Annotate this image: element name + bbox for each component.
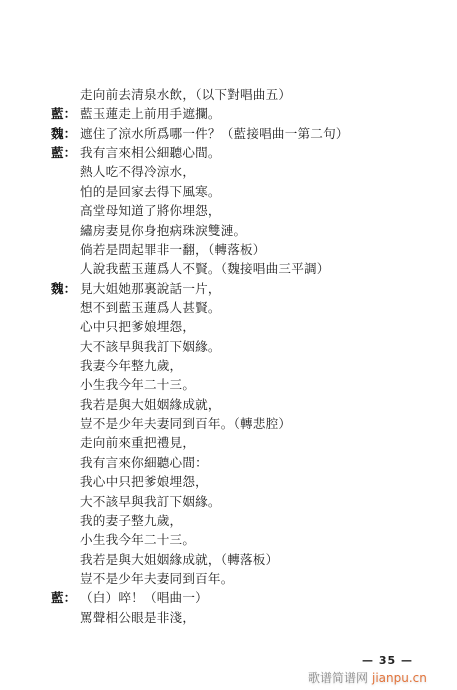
- speaker-label: [51, 375, 80, 394]
- line-text: 豈不是少年夫妻同到百年。（轉悲腔）: [80, 414, 291, 433]
- line-text: 心中只把爹娘埋怨，: [80, 317, 195, 336]
- script-line: 走向前來重把禮見，: [51, 433, 431, 452]
- script-line: 怕的是回家去得下風寒。: [51, 182, 431, 201]
- speaker-label: [51, 85, 80, 104]
- speaker-label: [51, 453, 80, 472]
- script-line: 罵聲相公眼是非淺，: [51, 608, 431, 627]
- line-text: 遮住了涼水所爲哪一件？（藍接唱曲一第二句）: [80, 124, 349, 143]
- line-text: 藍玉蓮走上前用手遮攔。: [80, 104, 221, 123]
- line-text: 走向前來重把禮見，: [80, 433, 195, 452]
- page-number: — 35 —: [362, 654, 413, 667]
- line-text: 熱人吃不得冷涼水，: [80, 162, 195, 181]
- speaker-label: [51, 569, 80, 588]
- speaker-label: 藍：: [51, 588, 80, 607]
- script-line: 我若是與大姐姻緣成就，（轉落板）: [51, 550, 431, 569]
- script-line: 魏：遮住了涼水所爲哪一件？（藍接唱曲一第二句）: [51, 124, 431, 143]
- speaker-label: [51, 259, 80, 278]
- line-text: 走向前去清泉水飲，（以下對唱曲五）: [80, 85, 291, 104]
- speaker-label: [51, 472, 80, 491]
- line-text: 怕的是回家去得下風寒。: [80, 182, 221, 201]
- line-text: 我妻今年整九歲，: [80, 356, 182, 375]
- script-line: 人說我藍玉蓮爲人不賢。（魏接唱曲三平調）: [51, 259, 431, 278]
- script-line: 我妻今年整九歲，: [51, 356, 431, 375]
- line-text: 倘若是問起罪非一翻，（轉落板）: [80, 240, 266, 259]
- script-line: 想不到藍玉蓮爲人甚賢。: [51, 298, 431, 317]
- script-line: 我若是與大姐姻緣成就，: [51, 395, 431, 414]
- watermark: 歌谱简谱网jianpu.cn: [308, 669, 427, 686]
- speaker-label: [51, 492, 80, 511]
- line-text: 繡房妻見你身抱病珠淚雙漣。: [80, 221, 246, 240]
- line-text: 高堂母知道了將你埋怨，: [80, 201, 221, 220]
- speaker-label: [51, 182, 80, 201]
- speaker-label: [51, 201, 80, 220]
- script-line: 我的妻子整九歲，: [51, 511, 431, 530]
- speaker-label: 魏：: [51, 279, 80, 298]
- script-text: 走向前去清泉水飲，（以下對唱曲五） 藍：藍玉蓮走上前用手遮攔。 魏：遮住了涼水所…: [51, 85, 431, 627]
- speaker-label: [51, 162, 80, 181]
- line-text: （白）啐！（唱曲一）: [80, 588, 208, 607]
- watermark-url: jianpu.cn: [372, 671, 427, 685]
- watermark-site-name: 歌谱简谱网: [308, 671, 368, 685]
- speaker-label: [51, 530, 80, 549]
- line-text: 我的妻子整九歲，: [80, 511, 182, 530]
- line-text: 我若是與大姐姻緣成就，: [80, 395, 221, 414]
- script-line: 魏：見大姐她那裏說話一片，: [51, 279, 431, 298]
- line-text: 想不到藍玉蓮爲人甚賢。: [80, 298, 221, 317]
- script-line: 藍：藍玉蓮走上前用手遮攔。: [51, 104, 431, 123]
- script-line: 高堂母知道了將你埋怨，: [51, 201, 431, 220]
- speaker-label: [51, 240, 80, 259]
- script-line: 繡房妻見你身抱病珠淚雙漣。: [51, 221, 431, 240]
- line-text: 小生我今年二十三。: [80, 530, 195, 549]
- speaker-label: [51, 356, 80, 375]
- script-line: 藍：我有言來相公細聽心間。: [51, 143, 431, 162]
- speaker-label: 藍：: [51, 104, 80, 123]
- speaker-label: 藍：: [51, 143, 80, 162]
- script-line: 心中只把爹娘埋怨，: [51, 317, 431, 336]
- line-text: 豈不是少年夫妻同到百年。: [80, 569, 234, 588]
- speaker-label: 魏：: [51, 124, 80, 143]
- line-text: 我有言來相公細聽心間。: [80, 143, 221, 162]
- speaker-label: [51, 414, 80, 433]
- speaker-label: [51, 395, 80, 414]
- script-line: 小生我今年二十三。: [51, 530, 431, 549]
- speaker-label: [51, 608, 80, 627]
- script-line: 熱人吃不得冷涼水，: [51, 162, 431, 181]
- line-text: 我若是與大姐姻緣成就，（轉落板）: [80, 550, 278, 569]
- speaker-label: [51, 433, 80, 452]
- speaker-label: [51, 550, 80, 569]
- script-line: 倘若是問起罪非一翻，（轉落板）: [51, 240, 431, 259]
- script-line: 大不該早與我訂下姻緣。: [51, 337, 431, 356]
- script-line: 大不該早與我訂下姻緣。: [51, 492, 431, 511]
- line-text: 我心中只把爹娘埋怨，: [80, 472, 208, 491]
- script-line: 我有言來你細聽心間：: [51, 453, 431, 472]
- line-text: 大不該早與我訂下姻緣。: [80, 492, 221, 511]
- script-line: 我心中只把爹娘埋怨，: [51, 472, 431, 491]
- line-text: 罵聲相公眼是非淺，: [80, 608, 195, 627]
- script-line: 豈不是少年夫妻同到百年。（轉悲腔）: [51, 414, 431, 433]
- line-text: 我有言來你細聽心間：: [80, 453, 208, 472]
- line-text: 人說我藍玉蓮爲人不賢。（魏接唱曲三平調）: [80, 259, 330, 278]
- script-line: 小生我今年二十三。: [51, 375, 431, 394]
- speaker-label: [51, 298, 80, 317]
- script-line: 走向前去清泉水飲，（以下對唱曲五）: [51, 85, 431, 104]
- line-text: 小生我今年二十三。: [80, 375, 195, 394]
- speaker-label: [51, 221, 80, 240]
- speaker-label: [51, 317, 80, 336]
- line-text: 見大姐她那裏說話一片，: [80, 279, 221, 298]
- speaker-label: [51, 511, 80, 530]
- script-line: 藍：（白）啐！（唱曲一）: [51, 588, 431, 607]
- line-text: 大不該早與我訂下姻緣。: [80, 337, 221, 356]
- script-line: 豈不是少年夫妻同到百年。: [51, 569, 431, 588]
- speaker-label: [51, 337, 80, 356]
